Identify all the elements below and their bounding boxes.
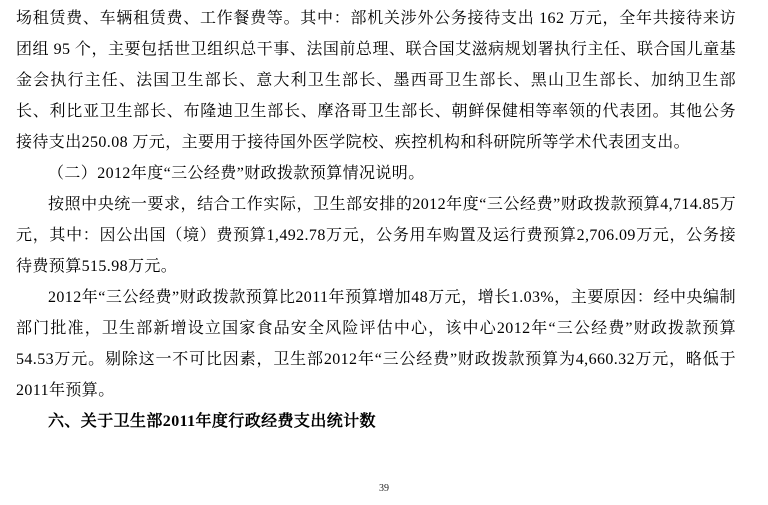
paragraph-budget-increase-reason: 2012年“三公经费”财政拨款预算比2011年预算增加48万元，增长1.03%，… bbox=[16, 282, 736, 406]
document-page: 场租赁费、车辆租赁费、工作餐费等。其中：部机关涉外公务接待支出 162 万元，全… bbox=[0, 0, 768, 505]
document-body-text: 场租赁费、车辆租赁费、工作餐费等。其中：部机关涉外公务接待支出 162 万元，全… bbox=[16, 3, 736, 437]
page-number: 39 bbox=[0, 483, 768, 495]
subsection-heading-2012-budget: （二）2012年度“三公经费”财政拨款预算情况说明。 bbox=[16, 158, 736, 189]
section-heading-admin-expense-stats: 六、关于卫生部2011年度行政经费支出统计数 bbox=[16, 406, 736, 437]
paragraph-continuation: 场租赁费、车辆租赁费、工作餐费等。其中：部机关涉外公务接待支出 162 万元，全… bbox=[16, 3, 736, 158]
paragraph-2012-budget-detail: 按照中央统一要求，结合工作实际，卫生部安排的2012年度“三公经费”财政拨款预算… bbox=[16, 189, 736, 282]
